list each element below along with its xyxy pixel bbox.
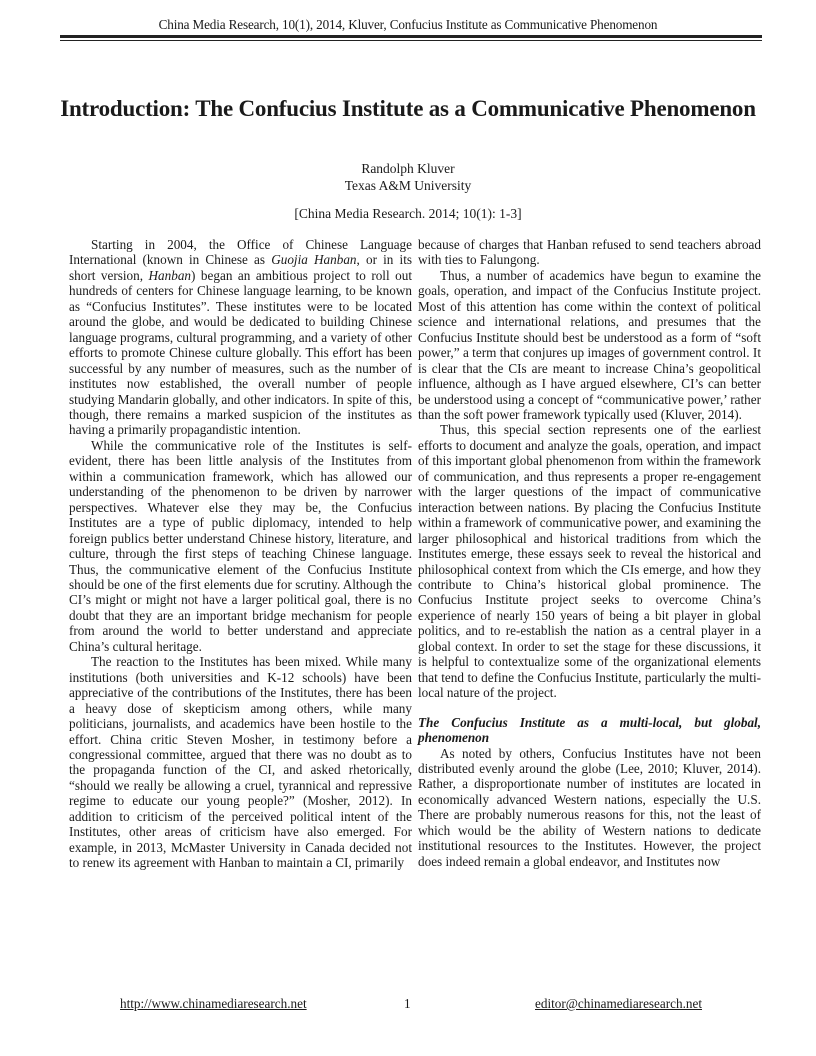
footer-email[interactable]: editor@chinamediaresearch.net [535,996,702,1012]
italic-term: Guojia Hanban [271,252,356,267]
email-link[interactable]: editor@chinamediaresearch.net [535,996,702,1011]
paragraph: Thus, this special section represents on… [418,422,761,700]
footer-url[interactable]: http://www.chinamediaresearch.net [120,996,307,1012]
right-column: because of charges that Hanban refused t… [418,237,761,869]
section-heading: The Confucius Institute as a multi-local… [418,715,761,746]
page-number: 1 [404,996,411,1012]
website-link[interactable]: http://www.chinamediaresearch.net [120,996,307,1011]
left-column: Starting in 2004, the Office of Chinese … [69,237,412,871]
author-affiliation: Texas A&M University [0,177,816,194]
running-head: China Media Research, 10(1), 2014, Kluve… [0,17,816,33]
paragraph: While the communicative role of the Inst… [69,438,412,654]
paragraph: The reaction to the Institutes has been … [69,654,412,870]
paragraph: Starting in 2004, the Office of Chinese … [69,237,412,438]
paragraph: As noted by others, Confucius Institutes… [418,746,761,870]
header-rule-thin [60,40,762,41]
italic-term: Hanban [149,268,192,283]
author-name: Randolph Kluver [0,160,816,177]
paragraph: Thus, a number of academics have begun t… [418,268,761,423]
paragraph-continuation: because of charges that Hanban refused t… [418,237,761,268]
author-block: Randolph Kluver Texas A&M University [0,160,816,194]
text-run: ) began an ambitious project to roll out… [69,268,412,438]
citation: [China Media Research. 2014; 10(1): 1-3] [0,206,816,222]
article-title: Introduction: The Confucius Institute as… [60,95,756,122]
header-rule-thick [60,35,762,38]
